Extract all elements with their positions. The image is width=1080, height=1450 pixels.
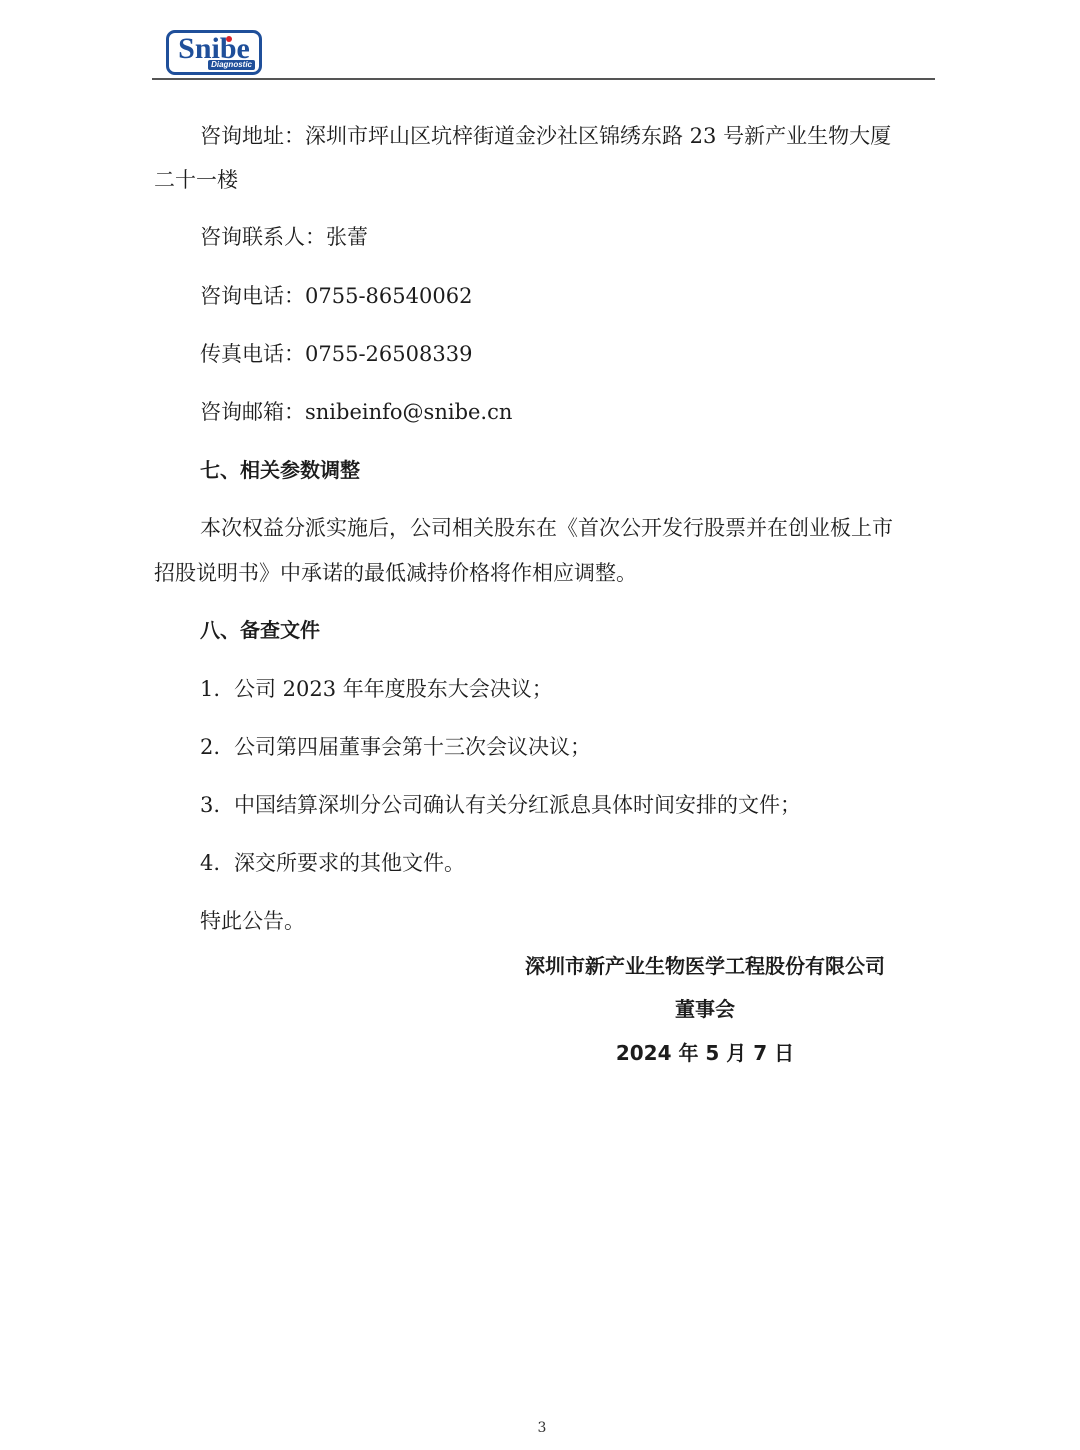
snibe-logo: Snibe Diagnostic [166,30,262,75]
signature-board: 董事会 [500,996,910,1022]
closing-statement: 特此公告。 [200,908,305,934]
document-page: Snibe Diagnostic 咨询地址：深圳市坪山区坑梓街道金沙社区锦绣东路… [0,0,1080,1450]
section8-heading: 八、备查文件 [200,617,320,643]
list-item-text: 公司第四届董事会第十三次会议决议； [234,735,591,759]
list-item: 2.公司第四届董事会第十三次会议决议； [200,734,591,760]
page-number: 3 [530,1420,554,1436]
signature-date: 2024 年 5 月 7 日 [500,1040,910,1066]
list-item-text: 公司 2023 年年度股东大会决议； [234,677,553,701]
list-item-number: 3. [200,792,234,818]
contact-person: 咨询联系人：张蕾 [200,224,368,250]
list-item-number: 4. [200,850,234,876]
signature-company: 深圳市新产业生物医学工程股份有限公司 [500,953,910,979]
list-item-number: 2. [200,734,234,760]
list-item-number: 1. [200,676,234,702]
contact-email: 咨询邮箱：snibeinfo@snibe.cn [200,399,512,425]
header-divider [152,78,935,80]
section7-paragraph-line1: 本次权益分派实施后，公司相关股东在《首次公开发行股票并在创业板上市 [200,515,893,541]
list-item: 4.深交所要求的其他文件。 [200,850,465,876]
list-item: 1.公司 2023 年年度股东大会决议； [200,676,553,702]
contact-address-line1: 咨询地址：深圳市坪山区坑梓街道金沙社区锦绣东路 23 号新产业生物大厦 [200,123,891,149]
section7-heading: 七、相关参数调整 [200,457,360,483]
contact-address-line2: 二十一楼 [154,167,238,193]
logo-subtitle: Diagnostic [208,60,255,70]
list-item-text: 深交所要求的其他文件。 [234,851,465,875]
contact-fax: 传真电话：0755-26508339 [200,341,472,367]
section7-paragraph-line2: 招股说明书》中承诺的最低减持价格将作相应调整。 [154,560,637,586]
list-item: 3.中国结算深圳分公司确认有关分红派息具体时间安排的文件； [200,792,801,818]
contact-phone: 咨询电话：0755-86540062 [200,283,472,309]
list-item-text: 中国结算深圳分公司确认有关分红派息具体时间安排的文件； [234,793,801,817]
logo-dot-icon [226,36,232,42]
